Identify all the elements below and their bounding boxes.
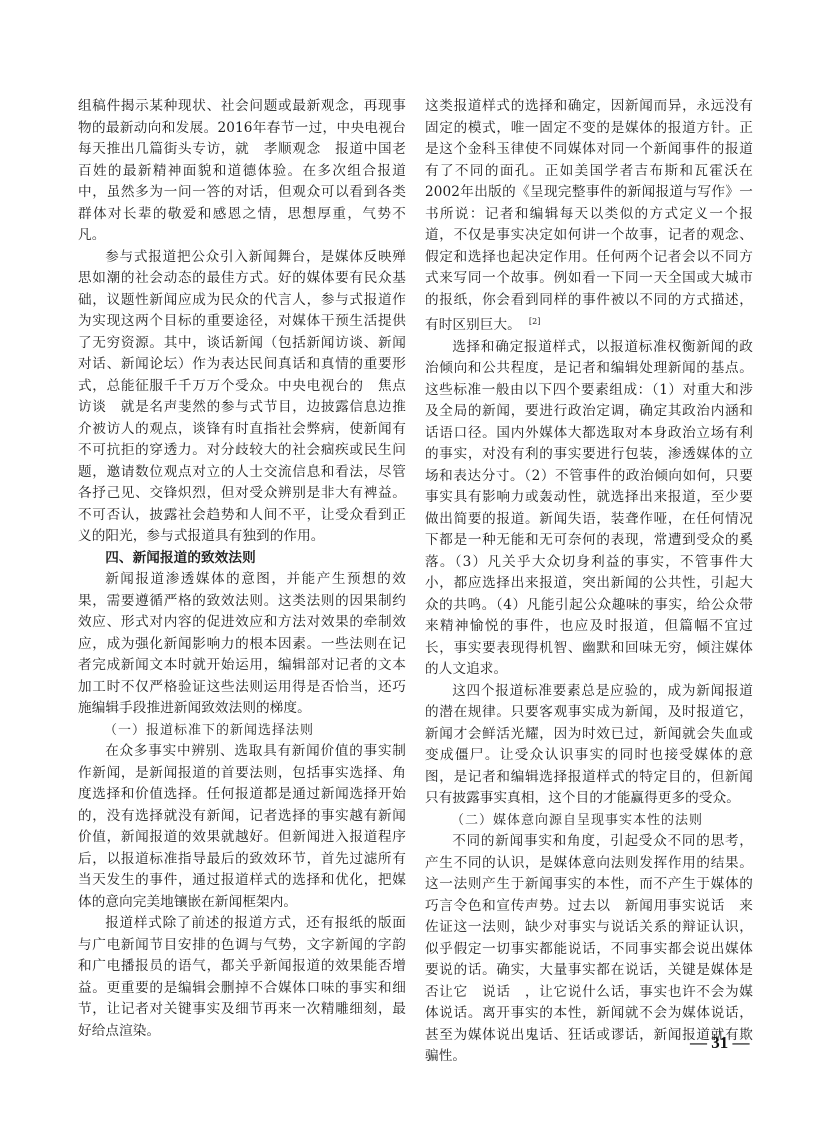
page-number: — 31 — — [690, 1033, 750, 1053]
paragraph: 新闻报道渗透媒体的意图，并能产生预想的效果，需要遵循严格的致效法则。这类法则的因… — [78, 569, 406, 720]
subsection-heading: （二）媒体意向源自呈现事实本性的法则 — [425, 810, 753, 832]
right-column: 这类报道样式的选择和确定，因新闻而异，永远没有固定的模式，唯一固定不变的是媒体的… — [425, 96, 753, 1068]
section-heading: 四、新闻报道的致效法则 — [78, 548, 406, 570]
reference-marker: [2] — [529, 317, 541, 326]
left-column: 组稿件揭示某种现状、社会问题或最新观念，再现事物的最新动向和发展。2016年春节… — [78, 96, 406, 1042]
paragraph: 参与式报道把公众引入新闻舞台，是媒体反映殚思如潮的社会动态的最佳方式。好的媒体要… — [78, 247, 406, 548]
paragraph: 报道样式除了前述的报道方式，还有报纸的版面与广电新闻节目安排的色调与气势，文字新… — [78, 913, 406, 1042]
paragraph: 这类报道样式的选择和确定，因新闻而异，永远没有固定的模式，唯一固定不变的是媒体的… — [425, 96, 753, 337]
paragraph: 组稿件揭示某种现状、社会问题或最新观念，再现事物的最新动向和发展。2016年春节… — [78, 96, 406, 247]
paragraph-text: 这类报道样式的选择和确定，因新闻而异，永远没有固定的模式，唯一固定不变的是媒体的… — [425, 98, 753, 333]
paragraph: 这四个报道标准要素总是应验的，成为新闻报道的潜在规律。只要客观事实成为新闻，及时… — [425, 681, 753, 810]
paragraph: 选择和确定报道样式，以报道标准权衡新闻的政治倾向和公共程度，是记者和编辑处理新闻… — [425, 337, 753, 681]
subsection-heading: （一）报道标准下的新闻选择法则 — [78, 720, 406, 742]
paragraph: 在众多事实中辨别、选取具有新闻价值的事实制作新闻，是新闻报道的首要法则，包括事实… — [78, 741, 406, 913]
